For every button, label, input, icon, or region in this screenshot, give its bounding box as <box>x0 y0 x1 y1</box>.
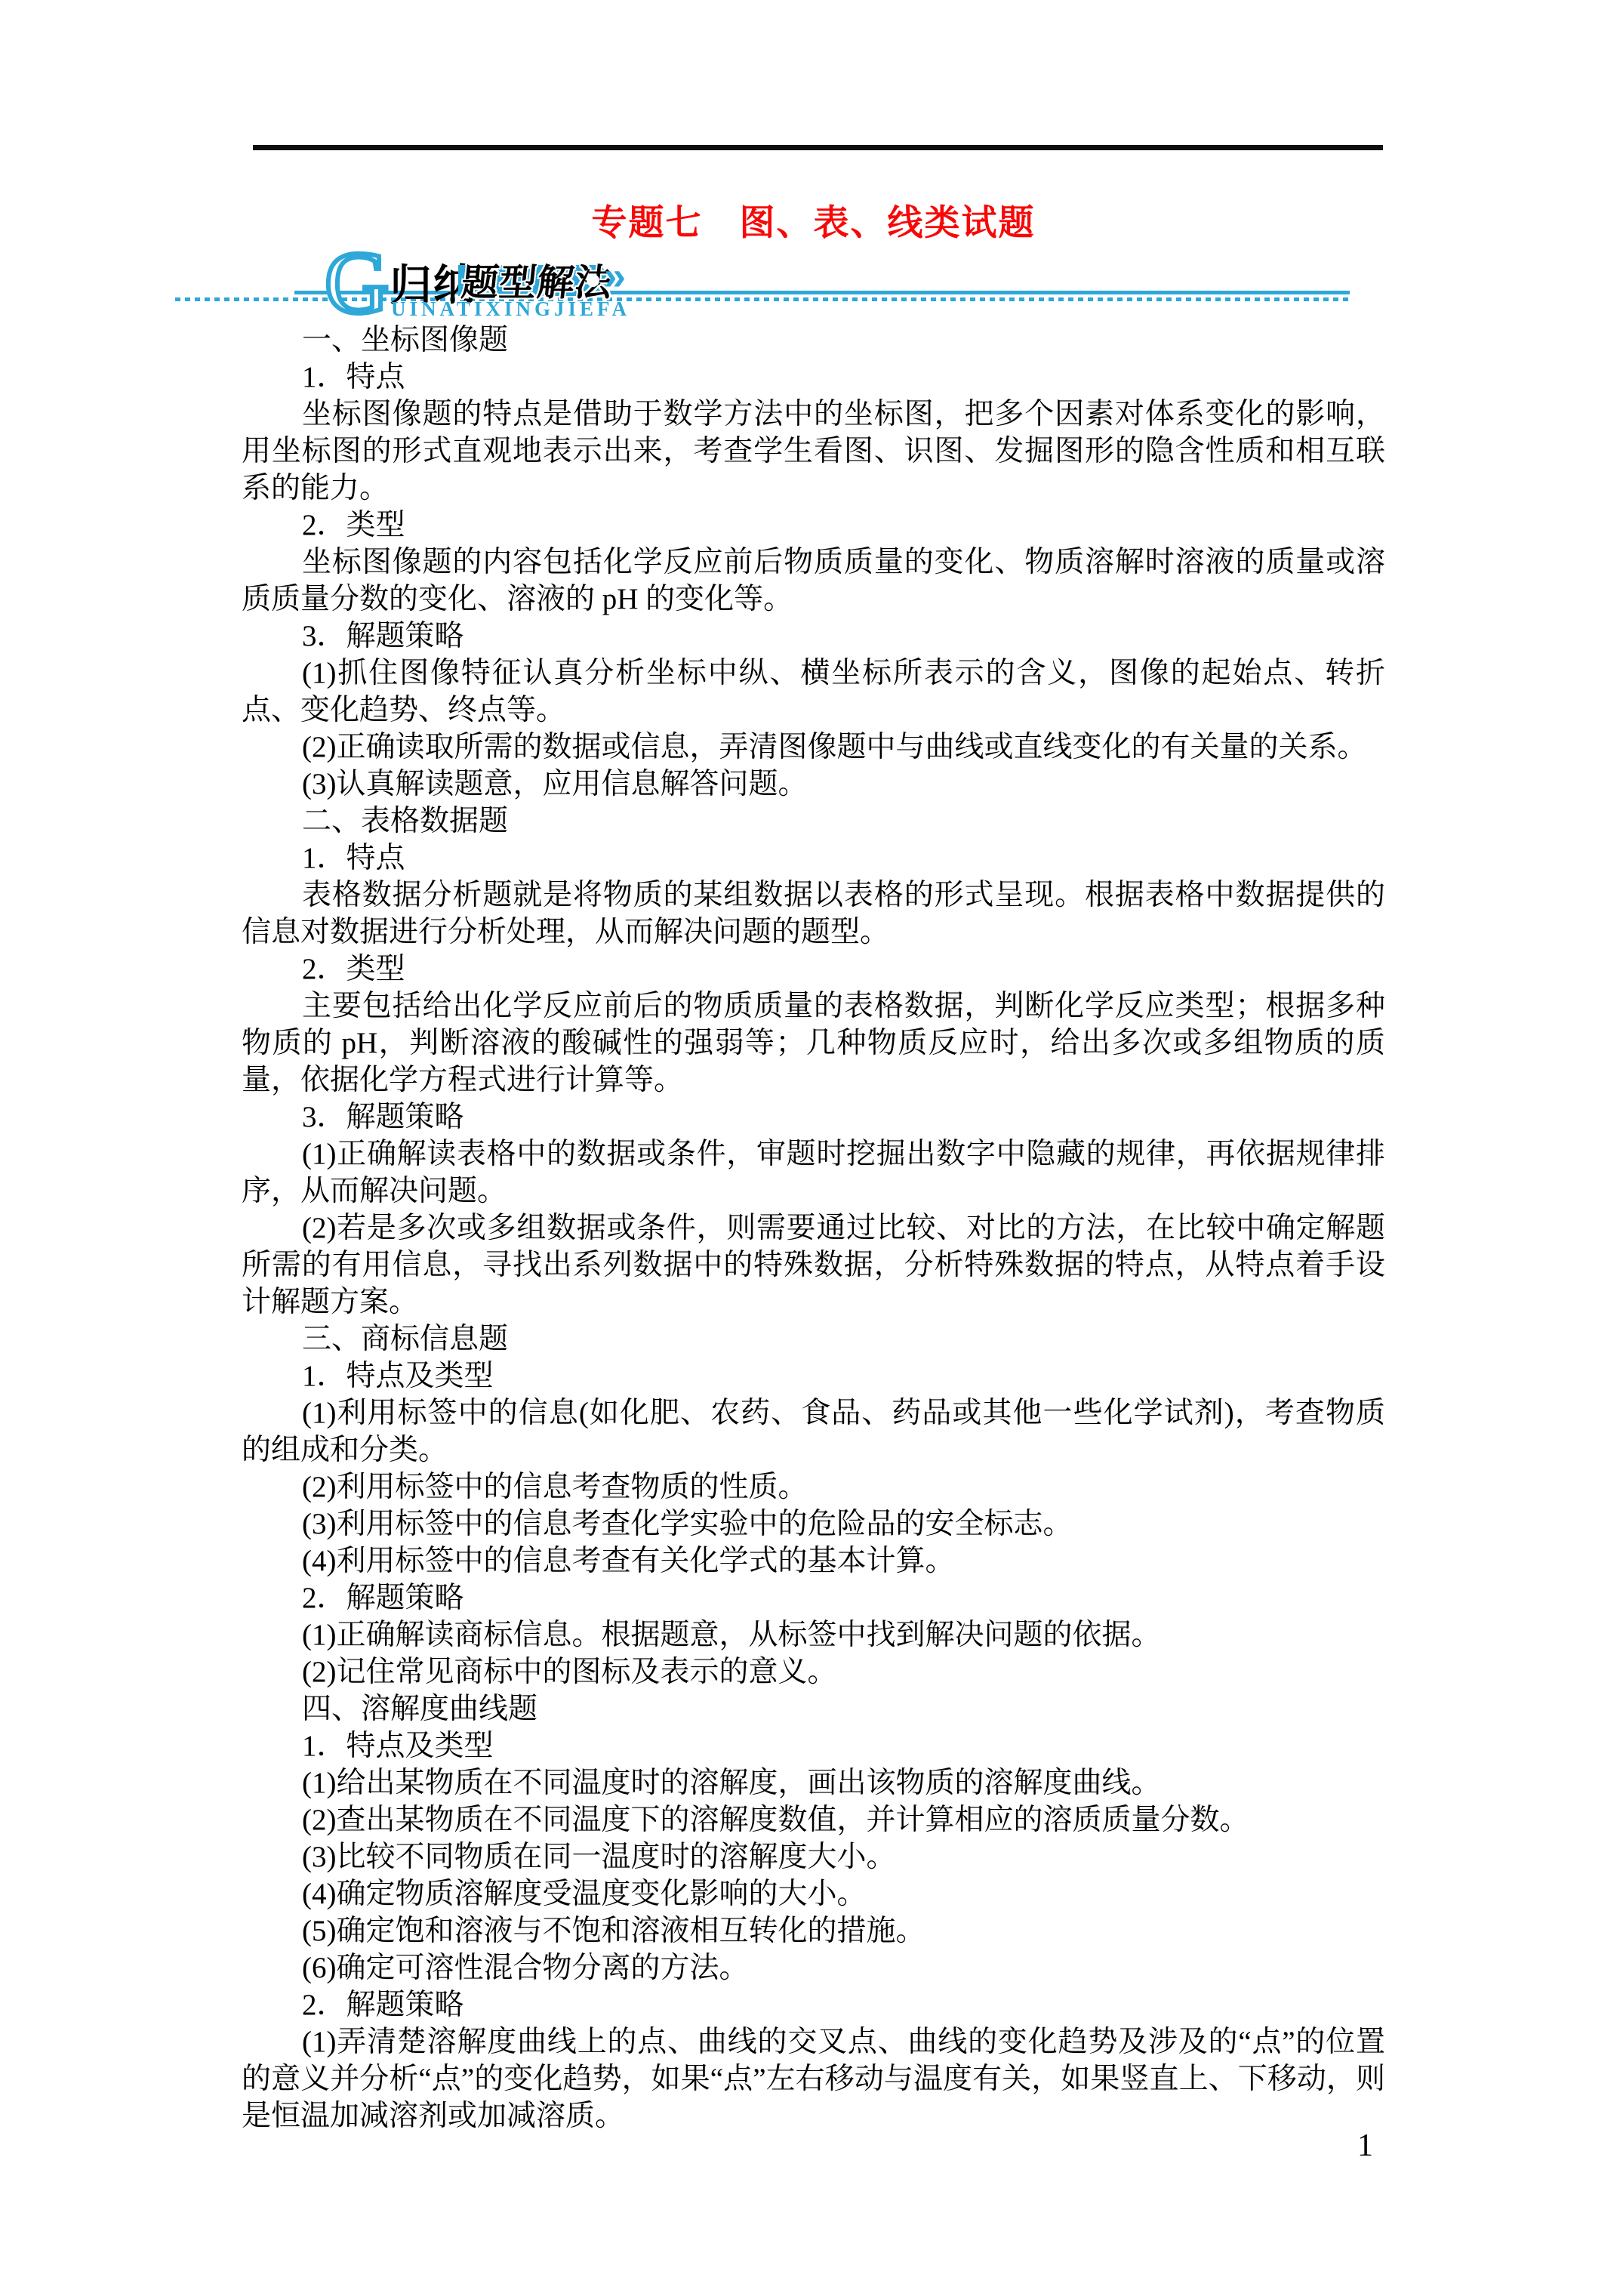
paragraph: 表格数据分析题就是将物质的某组数据以表格的形式呈现。根据表格中数据提供的信息对数… <box>242 877 1385 951</box>
paragraph: (2)正确读取所需的数据或信息，弄清图像题中与曲线或直线变化的有关量的关系。 <box>242 729 1385 766</box>
page-number: 1 <box>1357 2128 1373 2164</box>
paragraph: (4)确定物质溶解度受温度变化影响的大小。 <box>242 1875 1385 1912</box>
paragraph: (2)利用标签中的信息考查物质的性质。 <box>242 1469 1385 1505</box>
paragraph: (6)确定可溶性混合物分离的方法。 <box>242 1949 1385 1986</box>
sub-heading: 1．特点 <box>242 840 1385 877</box>
paragraph: 坐标图像题的特点是借助于数学方法中的坐标图，把多个因素对体系变化的影响，用坐标图… <box>242 396 1385 507</box>
section-heading: 二、表格数据题 <box>242 803 1385 840</box>
section-heading: 四、溶解度曲线题 <box>242 1690 1385 1727</box>
logo-pinyin-caption: UINATIXINGJIEFA <box>391 297 630 321</box>
paragraph: (3)比较不同物质在同一温度时的溶解度大小。 <box>242 1838 1385 1875</box>
section-heading: 三、商标信息题 <box>242 1321 1385 1358</box>
paragraph: (1)给出某物质在不同温度时的溶解度，画出该物质的溶解度曲线。 <box>242 1764 1385 1801</box>
sub-heading: 2．类型 <box>242 507 1385 544</box>
double-chevron-icon: » <box>604 254 626 299</box>
sub-heading: 1．特点 <box>242 359 1385 396</box>
paragraph: 主要包括给出化学反应前后的物质质量的表格数据，判断化学反应类型；根据多种物质的 … <box>242 988 1385 1099</box>
svg-text:G: G <box>325 240 389 323</box>
paragraph: (1)正确解读表格中的数据或条件，审题时挖掘出数字中隐藏的规律，再依据规律排序，… <box>242 1136 1385 1210</box>
sub-heading: 1．特点及类型 <box>242 1358 1385 1395</box>
paragraph: (1)弄清楚溶解度曲线上的点、曲线的交叉点、曲线的变化趋势及涉及的“点”的位置的… <box>242 2023 1385 2134</box>
paragraph: (5)确定饱和溶液与不饱和溶液相互转化的措施。 <box>242 1912 1385 1949</box>
paragraph: (2)查出某物质在不同温度下的溶解度数值，并计算相应的溶质质量分数。 <box>242 1801 1385 1838</box>
sub-heading: 2．解题策略 <box>242 1579 1385 1616</box>
paragraph: (1)正确解读商标信息。根据题意，从标签中找到解决问题的依据。 <box>242 1616 1385 1653</box>
sub-heading: 3．解题策略 <box>242 1099 1385 1136</box>
section-heading: 一、坐标图像题 <box>242 322 1385 359</box>
paragraph: (3)利用标签中的信息考查化学实验中的危险品的安全标志。 <box>242 1505 1385 1542</box>
paragraph: (1)抓住图像特征认真分析坐标中纵、横坐标所表示的含义，图像的起始点、转折点、变… <box>242 655 1385 729</box>
sub-heading: 2．类型 <box>242 951 1385 988</box>
top-horizontal-rule <box>253 145 1383 150</box>
document-body: 一、坐标图像题 1．特点 坐标图像题的特点是借助于数学方法中的坐标图，把多个因素… <box>242 322 1385 2134</box>
banner-dot-icon <box>587 274 599 287</box>
paragraph: (1)利用标签中的信息(如化肥、农药、食品、药品或其他一些化学试剂)，考查物质的… <box>242 1395 1385 1469</box>
sub-heading: 3．解题策略 <box>242 618 1385 655</box>
paragraph: 坐标图像题的内容包括化学反应前后物质质量的变化、物质溶解时溶液的质量或溶质质量分… <box>242 544 1385 618</box>
document-page: 专题七 图、表、线类试题 G 归纳 题型解法 » UINATIXINGJIEFA… <box>0 0 1623 2296</box>
paragraph: (4)利用标签中的信息考查有关化学式的基本计算。 <box>242 1542 1385 1579</box>
sub-heading: 2．解题策略 <box>242 1986 1385 2023</box>
logo-g-letter-icon: G <box>323 240 399 323</box>
paragraph: (2)若是多次或多组数据或条件，则需要通过比较、对比的方法，在比较中确定解题所需… <box>242 1210 1385 1321</box>
paragraph: (2)记住常见商标中的图标及表示的意义。 <box>242 1653 1385 1690</box>
paragraph: (3)认真解读题意，应用信息解答问题。 <box>242 766 1385 803</box>
page-title: 专题七 图、表、线类试题 <box>242 195 1385 245</box>
sub-heading: 1．特点及类型 <box>242 1727 1385 1764</box>
